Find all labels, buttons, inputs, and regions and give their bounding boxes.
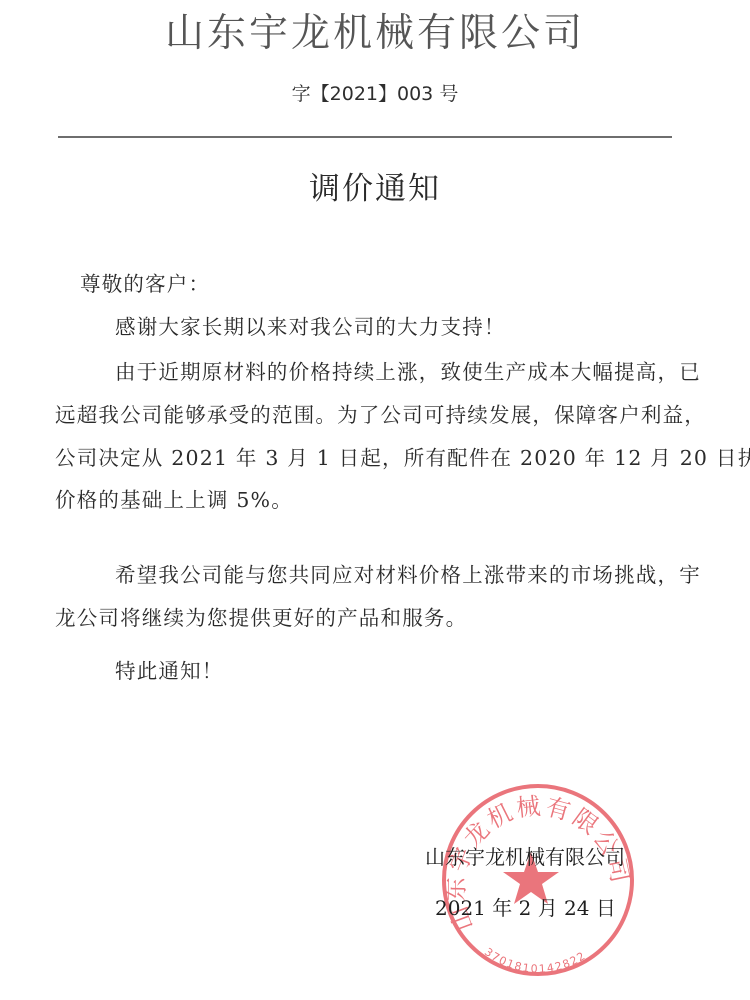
paragraph-reason-line-1: 由于近期原材料的价格持续上涨，致使生产成本大幅提高，已: [115, 358, 701, 386]
company-seal: 山东宇龙机械有限公司 3701810142822: [440, 782, 636, 978]
header-divider: [58, 136, 672, 138]
notice-title: 调价通知: [0, 170, 750, 208]
paragraph-reason-line-3: 公司决定从 2021 年 3 月 1 日起，所有配件在 2020 年 12 月 …: [55, 444, 750, 472]
document-number: 字【2021】003 号: [0, 82, 750, 106]
salutation: 尊敬的客户：: [80, 270, 210, 298]
paragraph-reason-line-2: 远超我公司能够承受的范围。为了公司可持续发展，保障客户利益，: [55, 401, 706, 429]
paragraph-hope-line-1: 希望我公司能与您共同应对材料价格上涨带来的市场挑战，宇: [115, 561, 701, 589]
signature-company: 山东宇龙机械有限公司: [425, 844, 625, 870]
signature-date: 2021 年 2 月 24 日: [435, 895, 616, 921]
letterhead-company-name: 山东宇龙机械有限公司: [0, 10, 750, 58]
seal-serial-number: 3701810142822: [482, 945, 589, 975]
paragraph-reason-line-4: 价格的基础上上调 5%。: [55, 486, 293, 514]
paragraph-thanks: 感谢大家长期以来对我公司的大力支持！: [115, 313, 506, 341]
paragraph-hope-line-2: 龙公司将继续为您提供更好的产品和服务。: [55, 604, 467, 632]
closing-remark: 特此通知！: [115, 657, 224, 685]
